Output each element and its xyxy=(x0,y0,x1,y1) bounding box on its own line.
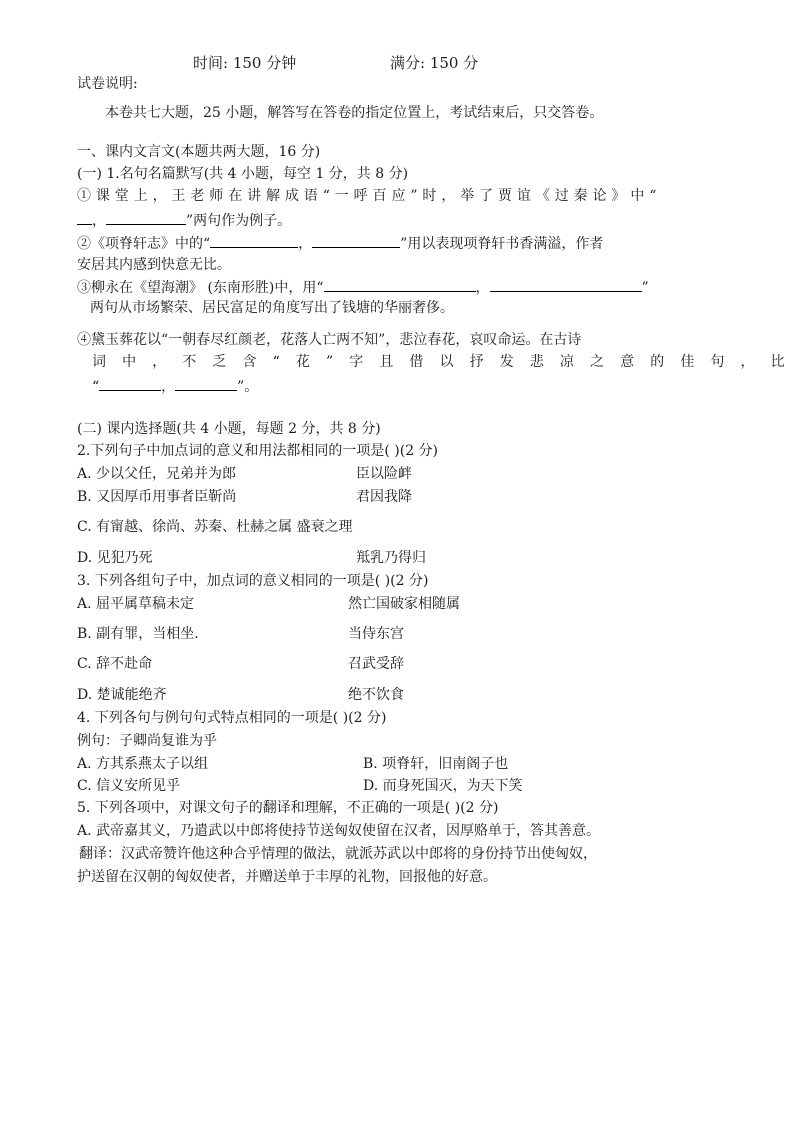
instructions-title: 试卷说明: xyxy=(77,75,138,93)
q-5-translation-line2: 护送留在汉朝的匈奴使者，并赠送单于丰厚的礼物，回报他的好意。 xyxy=(77,868,497,886)
q1-line2: ，”两句作为例子。 xyxy=(77,210,291,230)
comma: ， xyxy=(161,379,175,395)
part-1-title: (一) 1.名句名篇默写(共 4 小题，每空 1 分，共 8 分) xyxy=(77,165,408,183)
q-2-option-c: C. 有甯越、徐尚、苏秦、杜赫之属 盛衰之理 xyxy=(77,518,353,536)
q2-blank-1[interactable] xyxy=(210,233,298,248)
q-2-stem: 2.下列句子中加点词的意义和用法都相同的一项是( )(2 分) xyxy=(77,442,438,460)
q-3-option-b: B. 副有罪，当相坐. xyxy=(77,625,199,643)
q4-blank-2[interactable] xyxy=(175,376,237,391)
q1-blank-2[interactable] xyxy=(106,210,186,225)
q-3-option-d: D. 楚诚能绝齐 xyxy=(77,686,167,704)
q2-line2: 安居其内感到快意无比。 xyxy=(77,256,231,274)
q-4-option-c: C. 信义安所见乎 xyxy=(77,777,180,795)
q2-suffix: ”用以表现项脊轩书香满溢，作者 xyxy=(400,236,603,252)
q-2-option-d-pair: 羝乳乃得归 xyxy=(356,549,426,567)
q-5-option-a: A. 武帝嘉其义，乃遣武以中郎将使持节送匈奴使留在汉者，因厚赂单于，答其善意。 xyxy=(77,822,600,840)
q3-prefix: ③柳永在《望海潮》 (东南形胜)中，用“ xyxy=(77,280,324,296)
exam-full-score: 满分: 150 分 xyxy=(390,52,478,73)
comma: ， xyxy=(476,280,490,296)
q-2-option-a-pair: 臣以险衅 xyxy=(356,465,412,483)
q1-blank-1[interactable] xyxy=(77,210,92,225)
q3-line1: ③柳永在《望海潮》 (东南形胜)中，用“，” xyxy=(77,277,649,297)
q4-prefix: “ xyxy=(92,379,99,395)
q4-line2: 词中，不乏含“花”字且借以抒发悲凉之意的佳句，比如 xyxy=(92,353,793,371)
q-2-option-b-pair: 君因我降 xyxy=(356,488,412,506)
q-3-stem: 3. 下列各组句子中，加点词的意义相同的一项是( )(2 分) xyxy=(77,572,428,590)
q-3-option-c: C. 辞不赴命 xyxy=(77,655,152,673)
q-4-example: 例句：子卿尚复谁为乎 xyxy=(77,732,217,750)
q1-line1: ①课堂上，王老师在讲解成语“一呼百应”时，举了贾谊《过秦论》中“ xyxy=(77,187,661,205)
q4-suffix: ”。 xyxy=(237,379,258,395)
q-3-option-a-pair: 然亡国破家相随属 xyxy=(348,595,460,613)
comma: ， xyxy=(92,213,106,229)
q4-line1: ④黛玉葬花以“一朝春尽红颜老，花落人亡两不知”，悲泣春花，哀叹命运。在古诗 xyxy=(77,331,581,349)
q-5-translation-line1: 翻译：汉武帝赞许他这种合乎情理的做法，就派苏武以中郎将的身份持节出使匈奴， xyxy=(79,845,597,863)
q3-suffix: ” xyxy=(642,280,649,296)
q4-line3: “，”。 xyxy=(92,376,258,396)
q-2-option-b: B. 又因厚币用事者臣靳尚 xyxy=(77,488,236,506)
q-4-option-b: B. 项脊轩，旧南阁子也 xyxy=(363,755,508,773)
q3-blank-1[interactable] xyxy=(324,277,476,292)
q-3-option-a: A. 屈平属草稿未定 xyxy=(77,595,194,613)
comma: ， xyxy=(298,236,312,252)
q-2-option-d: D. 见犯乃死 xyxy=(77,549,153,567)
q-4-option-d: D. 而身死国灭，为天下笑 xyxy=(363,777,523,795)
q4-blank-1[interactable] xyxy=(99,376,161,391)
q-4-option-a: A. 方其系燕太子以组 xyxy=(77,755,208,773)
q1-suffix: ”两句作为例子。 xyxy=(186,213,291,229)
q-3-option-b-pair: 当侍东宫 xyxy=(348,625,404,643)
q2-prefix: ②《项脊轩志》中的“ xyxy=(77,236,210,252)
q-3-option-d-pair: 绝不饮食 xyxy=(348,686,404,704)
q3-line2: 两句从市场繁荣、居民富足的角度写出了钱塘的华丽奢侈。 xyxy=(90,299,454,317)
q2-line1: ②《项脊轩志》中的“，”用以表现项脊轩书香满溢，作者 xyxy=(77,233,603,253)
q-3-option-c-pair: 召武受辞 xyxy=(348,655,404,673)
q-4-stem: 4. 下列各句与例句句式特点相同的一项是( )(2 分) xyxy=(77,709,386,727)
part-2-title: (二) 课内选择题(共 4 小题，每题 2 分，共 8 分) xyxy=(77,420,381,438)
q2-blank-2[interactable] xyxy=(312,233,400,248)
q-5-stem: 5. 下列各项中，对课文句子的翻译和理解，不正确的一项是( )(2 分) xyxy=(77,799,498,817)
q-2-option-a: A. 少以父任，兄弟并为郎 xyxy=(77,465,236,483)
instructions-body: 本卷共七大题，25 小题，解答写在答卷的指定位置上，考试结束后，只交答卷。 xyxy=(105,104,603,122)
section-1-title: 一、课内文言文(本题共两大题，16 分) xyxy=(77,143,320,161)
exam-time: 时间: 150 分钟 xyxy=(193,52,296,73)
q3-blank-2[interactable] xyxy=(490,277,642,292)
